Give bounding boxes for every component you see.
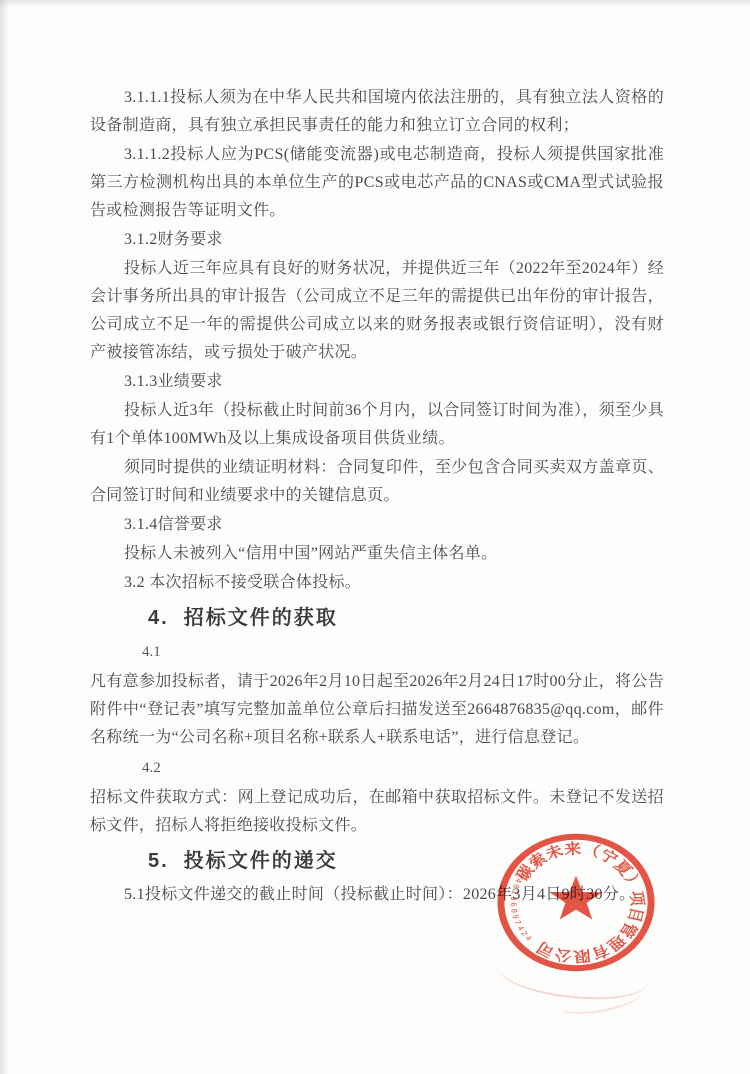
- paragraph: 招标文件获取方式：网上登记成功后，在邮箱中获取招标文件。未登记不发送招标文件，招…: [90, 784, 664, 840]
- paragraph: 3.1.3业绩要求: [90, 368, 664, 396]
- paragraph: 须同时提供的业绩证明材料：合同复印件，至少包含合同买卖双方盖章页、合同签订时间和…: [90, 454, 664, 510]
- paragraph: 3.1.2财务要求: [90, 226, 664, 254]
- section-heading: 5. 投标文件的递交: [90, 846, 664, 876]
- paragraph: 投标人近三年应具有良好的财务状况，并提供近三年（2022年至2024年）经会计事…: [90, 255, 664, 367]
- clause-number: 4.2: [90, 754, 664, 782]
- paragraph: 3.1.4信誉要求: [90, 511, 664, 539]
- scan-edge-top: [0, 0, 750, 7]
- document-body: 3.1.1.1投标人须为在中华人民共和国境内依法注册的，具有独立法人资格的设备制…: [90, 84, 664, 910]
- stamp-ink-smudge: [496, 944, 650, 1005]
- section-heading: 4. 招标文件的获取: [90, 603, 664, 633]
- paragraph: 3.2 本次招标不接受联合体投标。: [90, 569, 664, 597]
- clause-number: 4.1: [90, 638, 664, 666]
- scan-edge-left: [0, 0, 9, 1074]
- paragraph: 5.1投标文件递交的截止时间（投标截止时间）：2026年3月4日9时30分。: [90, 881, 664, 909]
- stamp-ink-smudge: [559, 983, 642, 1019]
- paragraph: 3.1.1.2投标人应为PCS(储能变流器)或电芯制造商，投标人须提供国家批准第…: [90, 141, 664, 225]
- paragraph: 投标人未被列入“信用中国”网站严重失信主体名单。: [90, 540, 664, 568]
- paragraph: 投标人近3年（投标截止时间前36个月内，以合同签订时间为准），须至少具有1个单体…: [90, 397, 664, 453]
- paragraph: 3.1.1.1投标人须为在中华人民共和国境内依法注册的，具有独立法人资格的设备制…: [90, 84, 664, 140]
- paragraph: 凡有意参加投标者，请于2026年2月10日起至2026年2月24日17时00分止…: [90, 668, 664, 752]
